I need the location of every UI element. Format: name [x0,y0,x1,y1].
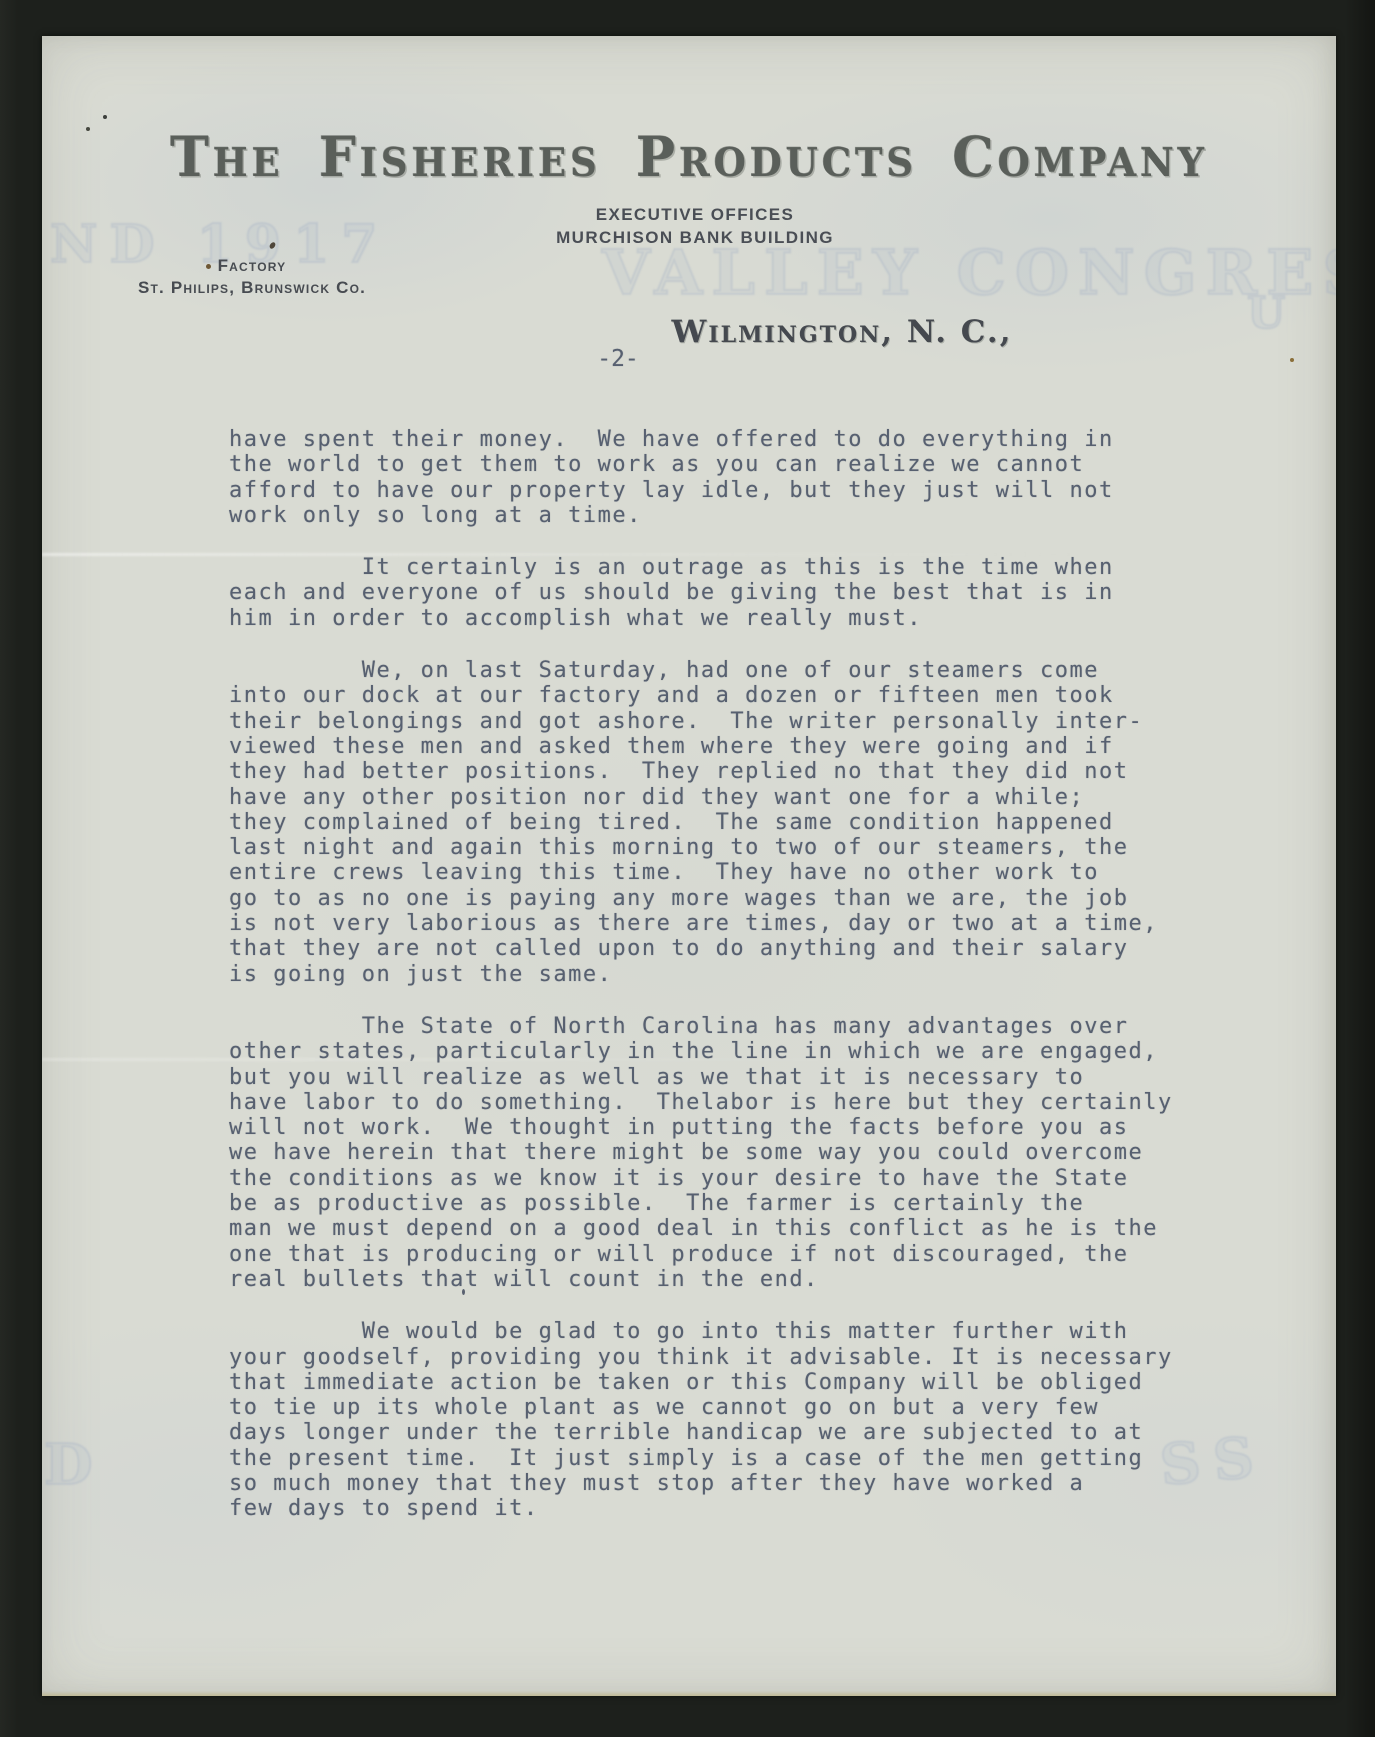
executive-offices-line: EXECUTIVE OFFICES [395,203,995,226]
city-dateline: Wilmington, N. C., [642,314,1042,350]
factory-label: Factory [122,255,382,277]
letter-body: have spent their money. We have offered … [229,427,1249,1549]
letter-page: ND 1917 VALLEY CONGRES U D SS The Fisher… [42,36,1336,1696]
letter-paragraph: The State of North Carolina has many adv… [229,1014,1249,1292]
scan-speck [1290,358,1294,362]
factory-location: St. Philips, Brunswick Co. [122,277,382,299]
ghost-bleed-text-mid-right: U [1247,288,1285,339]
ghost-bleed-text-bottom-left: D [44,1432,99,1498]
factory-block: Factory St. Philips, Brunswick Co. [122,255,382,299]
page-number: -2- [518,346,718,372]
company-name: The Fisheries Products Company [74,124,1303,189]
letter-paragraph: It certainly is an outrage as this is th… [229,555,1249,631]
letter-paragraph: We, on last Saturday, had one of our ste… [229,658,1249,987]
murchison-bank-line: MURCHISON BANK BUILDING [395,226,995,249]
executive-offices-block: EXECUTIVE OFFICES MURCHISON BANK BUILDIN… [395,203,995,249]
scan-background: ND 1917 VALLEY CONGRES U D SS The Fisher… [0,0,1375,1737]
scan-speck [103,115,107,119]
scan-speck [268,241,276,250]
paper-bottom-edge [42,1691,1336,1696]
letter-paragraph: have spent their money. We have offered … [229,427,1249,528]
letter-paragraph: We would be glad to go into this matter … [229,1319,1249,1521]
